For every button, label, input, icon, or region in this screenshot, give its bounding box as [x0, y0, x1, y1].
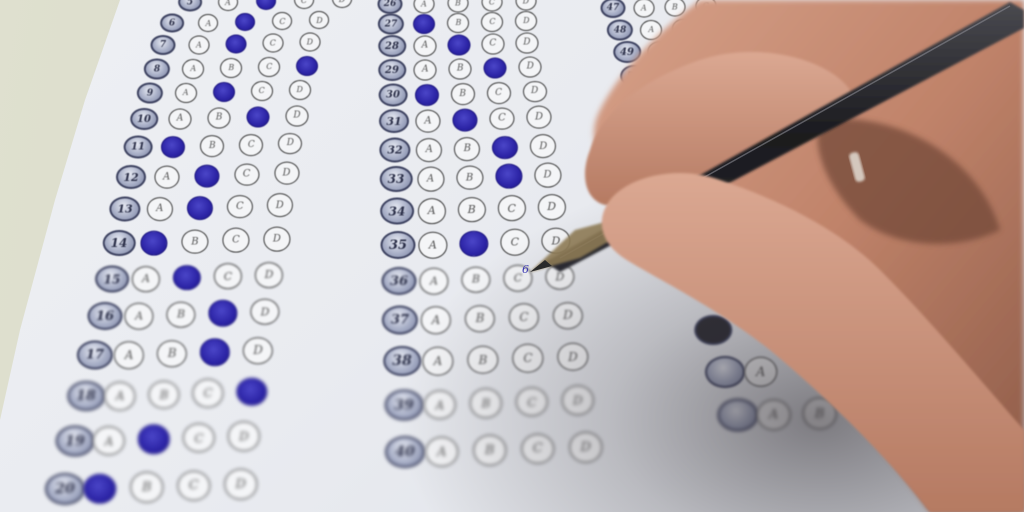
answer-bubble-c[interactable]: C — [262, 34, 283, 53]
answer-bubble-d[interactable]: D — [263, 227, 290, 252]
answer-bubble-c[interactable]: C — [239, 134, 263, 156]
question-number-bubble: 30 — [379, 84, 408, 107]
question-number-bubble: 50 — [620, 65, 648, 87]
answer-bubble-a[interactable]: A — [188, 36, 209, 55]
question-number-bubble: 48 — [607, 20, 633, 41]
answer-bubble-b[interactable]: B — [465, 305, 495, 333]
question-number-bubble: 19 — [56, 426, 95, 457]
pen-mark: 6 — [522, 263, 529, 276]
answer-bubble-b[interactable]: B — [157, 340, 187, 368]
answer-bubble-c[interactable]: C — [258, 57, 280, 77]
question-number-bubble: 8 — [144, 59, 170, 80]
question-number-bubble: 49 — [613, 41, 641, 63]
question-number-bubble: 40 — [385, 436, 425, 468]
answer-bubble-a[interactable]: A — [416, 138, 442, 162]
answer-bubble-b[interactable]: B — [451, 83, 475, 105]
answer-bubble-b[interactable]: B — [194, 164, 219, 187]
answer-bubble-a[interactable]: A — [182, 59, 204, 79]
answer-bubble-b[interactable]: B — [447, 34, 470, 55]
answer-bubble-a[interactable]: A — [175, 83, 197, 103]
question-number-bubble: 38 — [383, 346, 421, 376]
answer-bubble-d[interactable]: D — [299, 33, 320, 52]
answer-bubble-b[interactable]: B — [166, 301, 195, 328]
answer-bubble-a[interactable]: A — [421, 306, 451, 334]
answer-bubble-c[interactable]: C — [489, 107, 514, 130]
question-number-bubble: 10 — [130, 108, 158, 130]
answer-bubble-c[interactable]: C — [498, 195, 526, 221]
question-number-bubble: 18 — [67, 381, 105, 411]
answer-sheet-photo: 5ABCD6ABCD7ABCD8ABCD9ABCD10ABCD11ABCD12A… — [0, 0, 1024, 512]
question-number-bubble: 39 — [385, 390, 424, 421]
answer-bubble-c[interactable]: C — [481, 12, 503, 32]
answer-bubble-b[interactable]: B — [672, 19, 694, 39]
answer-bubble-a[interactable]: A — [114, 341, 144, 369]
answer-bubble-a[interactable]: A — [647, 42, 670, 63]
answer-bubble-c[interactable]: C — [492, 136, 518, 160]
question-number-bubble: 6 — [160, 14, 184, 33]
answer-bubble-a[interactable]: A — [140, 231, 167, 256]
answer-bubble-d[interactable]: D — [553, 302, 583, 330]
answer-bubble-b[interactable]: B — [458, 197, 486, 223]
question-number-bubble: 31 — [379, 109, 409, 133]
answer-bubble-b[interactable]: B — [181, 229, 208, 254]
question-number-bubble — [705, 356, 745, 388]
question-number-bubble: 9 — [137, 83, 163, 104]
answer-bubble-d[interactable]: D — [250, 299, 279, 326]
question-number-bubble: 13 — [109, 197, 140, 222]
question-number-bubble: 11 — [124, 136, 153, 159]
answer-bubble-c[interactable]: C — [509, 303, 539, 331]
answer-bubble-b[interactable]: B — [452, 108, 477, 131]
answer-bubble-d[interactable]: D — [545, 264, 574, 291]
answer-bubble-b[interactable]: B — [213, 82, 235, 102]
answer-bubble-a[interactable]: A — [418, 232, 447, 259]
answer-bubble-a[interactable]: A — [415, 84, 439, 106]
answer-bubble-b[interactable]: B — [447, 13, 469, 33]
question-number-bubble: 15 — [95, 266, 129, 293]
answer-bubble-d[interactable]: D — [286, 105, 309, 126]
answer-bubble-c[interactable]: C — [487, 82, 511, 104]
answer-bubble-a[interactable]: A — [413, 36, 436, 57]
answer-bubble-a[interactable]: A — [104, 382, 135, 411]
answer-bubble-d[interactable]: D — [274, 162, 299, 185]
question-number-bubble: 33 — [380, 166, 413, 192]
question-number-bubble: 29 — [378, 59, 406, 81]
answer-bubble-c[interactable]: C — [704, 18, 726, 38]
answer-bubble-d[interactable]: D — [530, 134, 556, 158]
answer-bubble-b[interactable]: B — [467, 345, 498, 374]
answer-bubble-a[interactable]: A — [633, 0, 654, 18]
answer-bubble-d[interactable]: D — [278, 133, 302, 155]
answer-bubble-d[interactable]: D — [534, 163, 561, 188]
answer-bubble-a[interactable]: A — [413, 14, 435, 34]
answer-bubble-b[interactable]: B — [208, 107, 231, 128]
answer-bubble-c[interactable]: C — [208, 300, 237, 327]
question-number-bubble: 37 — [382, 306, 418, 335]
answer-bubble-c[interactable]: C — [227, 195, 253, 219]
answer-bubble-b[interactable]: B — [236, 13, 256, 31]
answer-bubble-a[interactable]: A — [417, 167, 444, 192]
answer-bubble-b[interactable]: B — [187, 196, 213, 220]
question-number-bubble — [694, 315, 732, 345]
question-number-bubble — [717, 399, 758, 432]
question-number-bubble: 35 — [381, 231, 416, 259]
question-number-bubble: 17 — [77, 341, 113, 370]
answer-bubble-a[interactable]: A — [640, 20, 662, 40]
question-number-bubble: 27 — [378, 14, 404, 35]
answer-bubble-b[interactable]: B — [461, 266, 490, 293]
answer-bubble-c[interactable]: C — [192, 379, 223, 408]
answer-bubble-a[interactable]: A — [418, 198, 446, 224]
answer-bubble-a[interactable]: A — [199, 14, 219, 32]
answer-bubble-c[interactable]: C — [273, 12, 293, 30]
answer-bubble-b[interactable]: B — [680, 40, 703, 61]
answer-bubble-b[interactable]: B — [148, 380, 179, 409]
answer-bubble-c[interactable]: C — [214, 263, 242, 289]
answer-bubble-d[interactable]: D — [541, 228, 570, 255]
answer-bubble-d[interactable]: D — [538, 194, 566, 220]
answer-bubble-d[interactable]: D — [267, 193, 293, 217]
answer-bubble-c[interactable]: C — [247, 106, 270, 127]
answer-bubble-d[interactable]: D — [236, 377, 267, 406]
answer-bubble-b[interactable]: B — [200, 135, 224, 157]
answer-bubble-d[interactable]: D — [557, 342, 588, 371]
answer-bubble-c[interactable]: C — [495, 164, 522, 189]
answer-bubble-d[interactable]: D — [526, 106, 551, 129]
answer-bubble-c[interactable]: C — [222, 228, 249, 253]
question-number-bubble: 14 — [103, 230, 136, 256]
answer-bubble-a[interactable]: A — [147, 197, 173, 221]
answer-bubble-c[interactable]: C — [512, 344, 543, 373]
question-number-bubble: 7 — [151, 35, 176, 55]
answer-bubble-b[interactable]: B — [220, 58, 242, 78]
answer-bubble-b[interactable]: B — [459, 230, 488, 257]
answer-bubble-b[interactable]: B — [456, 165, 483, 190]
answer-bubble-d[interactable]: D — [289, 80, 311, 100]
question-number-bubble: 16 — [88, 302, 123, 330]
answer-bubble-b[interactable]: B — [225, 35, 246, 54]
answer-bubble-c[interactable]: C — [234, 163, 259, 186]
answer-bubble-a[interactable]: A — [422, 347, 453, 376]
answer-bubble-c[interactable]: C — [500, 229, 529, 256]
answer-bubble-a[interactable]: A — [124, 303, 153, 330]
answer-bubble-c[interactable]: C — [481, 33, 504, 54]
answer-bubble-b[interactable]: B — [454, 137, 480, 161]
question-number-bubble: 12 — [116, 165, 146, 189]
answer-bubble-c[interactable]: C — [200, 338, 230, 366]
question-number-bubble: 20 — [45, 473, 85, 505]
answer-bubble-c[interactable]: C — [251, 81, 273, 101]
answer-bubble-d[interactable]: D — [255, 262, 283, 288]
answer-bubble-d[interactable]: D — [310, 11, 330, 29]
answer-bubble-a[interactable]: A — [169, 109, 192, 130]
answer-bubble-a[interactable]: A — [161, 136, 185, 158]
answer-bubble-d[interactable]: D — [523, 81, 547, 103]
answer-bubble-a[interactable]: A — [415, 110, 440, 133]
question-number-bubble: 28 — [378, 35, 406, 57]
question-number-bubble: 36 — [382, 267, 417, 295]
answer-bubble-a[interactable]: A — [414, 60, 437, 81]
answer-bubble-c[interactable]: C — [484, 57, 507, 78]
answer-bubble-a[interactable]: A — [132, 266, 160, 292]
answer-bubble-d[interactable]: D — [243, 337, 273, 365]
answer-bubble-d[interactable]: D — [515, 11, 537, 31]
answer-bubble-b[interactable]: B — [449, 58, 472, 79]
answer-bubble-d[interactable]: D — [519, 56, 542, 77]
answer-bubble-b[interactable]: B — [173, 265, 201, 291]
answer-bubble-a[interactable]: A — [419, 268, 448, 295]
answer-bubble-d[interactable]: D — [296, 56, 318, 76]
answer-bubble-d[interactable]: D — [515, 32, 538, 53]
answer-bubble-a[interactable]: A — [154, 166, 179, 189]
question-number-bubble: 34 — [380, 198, 414, 225]
question-number-bubble: 32 — [379, 138, 410, 163]
